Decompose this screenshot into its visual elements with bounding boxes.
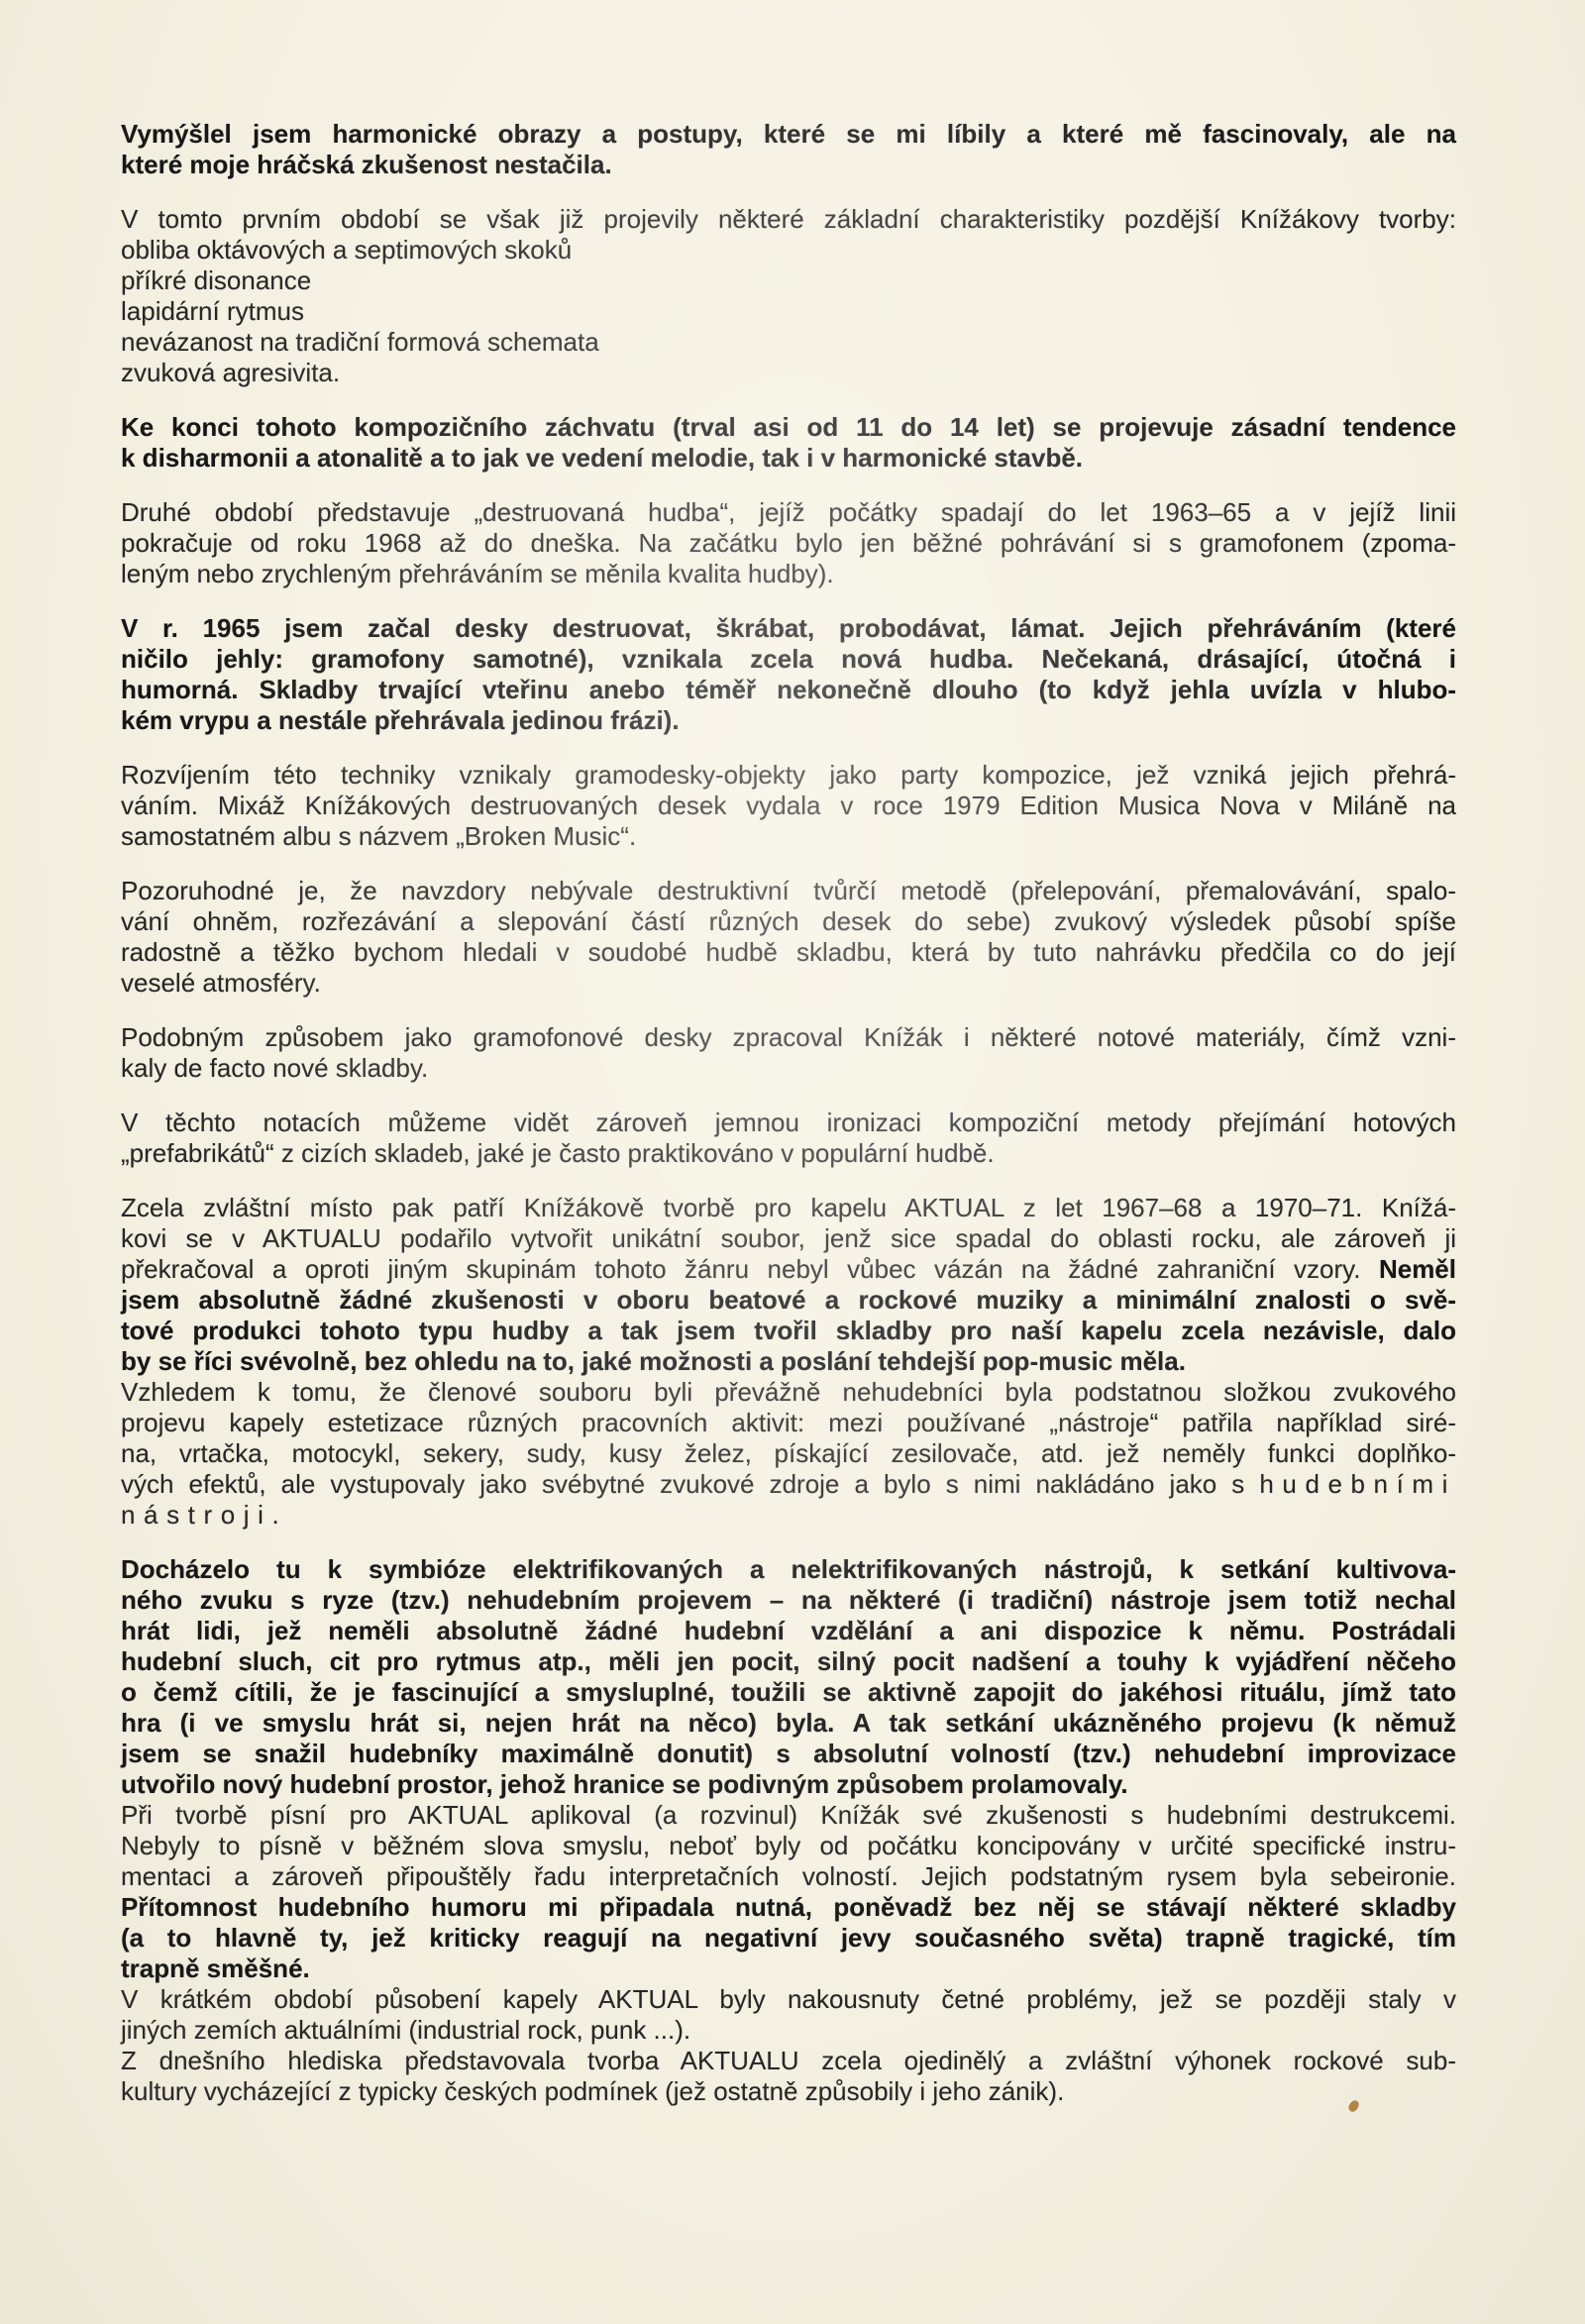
regular-text: Zcela zvláštní místo pak patří Knížákově… xyxy=(121,1193,1456,1222)
text-line: by se říci svévolně, bez ohledu na to, j… xyxy=(121,1346,1456,1377)
regular-text: Z dnešního hlediska představovala tvorba… xyxy=(121,2046,1456,2075)
bold-text: které moje hráčská zkušenost nestačila. xyxy=(121,150,612,179)
paragraph-notace: V těchto notacích můžeme vidět zároveň j… xyxy=(121,1108,1456,1169)
bold-text: o čemž cítili, že je fascinující a smysl… xyxy=(121,1677,1456,1707)
document-page: Vymýšlel jsem harmonické obrazy a postup… xyxy=(0,0,1585,2324)
text-line: tové produkci tohoto typu hudby a tak js… xyxy=(121,1316,1456,1346)
text-line: příkré disonance xyxy=(121,265,1456,296)
text-line: k disharmonii a atonalitě a to jak ve ve… xyxy=(121,443,1456,474)
regular-text: Pozoruhodné je, že navzdory nebývale des… xyxy=(121,876,1456,905)
text-line: ničilo jehly: gramofony samotné), vznika… xyxy=(121,644,1456,675)
paragraph-broken-music: Rozvíjením této techniky vznikaly gramod… xyxy=(121,760,1456,852)
regular-text: překračoval a oproti jiným skupinám toho… xyxy=(121,1254,1379,1284)
regular-text: Rozvíjením této techniky vznikaly gramod… xyxy=(121,760,1456,790)
bold-text: humorná. Skladby trvající vteřinu anebo … xyxy=(121,675,1456,704)
bold-text: tové produkci tohoto typu hudby a tak js… xyxy=(121,1316,1456,1345)
text-line: jsem absolutně žádné zkušenosti v oboru … xyxy=(121,1285,1456,1316)
regular-text: kaly de facto nové skladby. xyxy=(121,1053,428,1083)
text-line: trapně směšné. xyxy=(121,1954,1456,1984)
bold-text: hudební sluch, cit pro rytmus atp., měli… xyxy=(121,1646,1456,1676)
regular-text: nevázanost na tradiční formová schemata xyxy=(121,327,599,357)
regular-text: mentaci a zároveň připouštěly řadu inter… xyxy=(121,1861,1456,1891)
paragraph-intro-quote: Vymýšlel jsem harmonické obrazy a postup… xyxy=(121,119,1456,180)
regular-text: samostatném albu s názvem „Broken Music“… xyxy=(121,821,636,851)
text-line: Docházelo tu k symbióze elektrifikovanýc… xyxy=(121,1554,1456,1585)
bold-text: Ke konci tohoto kompozičního záchvatu (t… xyxy=(121,412,1456,442)
text-line: nevázanost na tradiční formová schemata xyxy=(121,327,1456,358)
text-line: Rozvíjením této techniky vznikaly gramod… xyxy=(121,760,1456,791)
regular-text: kultury vycházející z typicky českých po… xyxy=(121,2076,1064,2106)
text-line: radostně a těžko bychom hledali v soudob… xyxy=(121,937,1456,968)
text-line: Přítomnost hudebního humoru mi připadala… xyxy=(121,1892,1456,1923)
text-line: samostatném albu s názvem „Broken Music“… xyxy=(121,821,1456,852)
regular-text: Při tvorbě písní pro AKTUAL aplikoval (a… xyxy=(121,1800,1456,1830)
spaced-text: nástroji. xyxy=(121,1500,287,1530)
text-line: V tomto prvním období se však již projev… xyxy=(121,204,1456,235)
regular-text: Podobným způsobem jako gramofonové desky… xyxy=(121,1022,1456,1052)
text-line: vání ohněm, rozřezávání a slepování část… xyxy=(121,906,1456,937)
bold-text: hrát lidi, jež neměli absolutně žádné hu… xyxy=(121,1616,1456,1645)
spaced-text: hudebními xyxy=(1259,1469,1456,1499)
text-line: nástroji. xyxy=(121,1500,1456,1531)
text-line: humorná. Skladby trvající vteřinu anebo … xyxy=(121,675,1456,705)
text-line: zvuková agresivita. xyxy=(121,358,1456,388)
bold-text: Vymýšlel jsem harmonické obrazy a postup… xyxy=(121,119,1456,149)
paragraph-aktual: Zcela zvláštní místo pak patří Knížákově… xyxy=(121,1193,1456,1531)
text-line: Při tvorbě písní pro AKTUAL aplikoval (a… xyxy=(121,1800,1456,1831)
text-line: V těchto notacích můžeme vidět zároveň j… xyxy=(121,1108,1456,1138)
text-line: které moje hráčská zkušenost nestačila. xyxy=(121,150,1456,180)
regular-text: váním. Mixáž Knížákových destruovaných d… xyxy=(121,791,1456,820)
regular-text: jiných zemích aktuálními (industrial roc… xyxy=(121,2015,690,2045)
regular-text: na, vrtačka, motocykl, sekery, sudy, kus… xyxy=(121,1438,1456,1468)
text-line: veselé atmosféry. xyxy=(121,968,1456,999)
text-line: Nebyly to písně v běžném slova smyslu, n… xyxy=(121,1831,1456,1861)
text-line: Ke konci tohoto kompozičního záchvatu (t… xyxy=(121,412,1456,443)
text-line: Vymýšlel jsem harmonické obrazy a postup… xyxy=(121,119,1456,150)
text-line: mentaci a zároveň připouštěly řadu inter… xyxy=(121,1861,1456,1892)
regular-text: pokračuje od roku 1968 až do dneška. Na … xyxy=(121,528,1456,558)
regular-text: Nebyly to písně v běžném slova smyslu, n… xyxy=(121,1831,1456,1860)
text-line: obliba oktávových a septimových skoků xyxy=(121,235,1456,265)
regular-text: příkré disonance xyxy=(121,265,311,295)
bold-text: (a to hlavně ty, jež kriticky reagují na… xyxy=(121,1923,1456,1953)
text-line: (a to hlavně ty, jež kriticky reagují na… xyxy=(121,1923,1456,1954)
text-line: na, vrtačka, motocykl, sekery, sudy, kus… xyxy=(121,1438,1456,1469)
bold-text: Přítomnost hudebního humoru mi připadala… xyxy=(121,1892,1456,1922)
text-line: Zcela zvláštní místo pak patří Knížákově… xyxy=(121,1193,1456,1223)
text-line: „prefabrikátů“ z cizích skladeb, jaké je… xyxy=(121,1138,1456,1169)
text-line: Vzhledem k tomu, že členové souboru byli… xyxy=(121,1377,1456,1408)
text-line: kultury vycházející z typicky českých po… xyxy=(121,2076,1456,2107)
bold-text: jsem se snažil hudebníky maximálně donut… xyxy=(121,1739,1456,1768)
regular-text: V tomto prvním období se však již projev… xyxy=(121,204,1456,234)
text-line: pokračuje od roku 1968 až do dneška. Na … xyxy=(121,528,1456,559)
bold-text: jsem absolutně žádné zkušenosti v oboru … xyxy=(121,1285,1456,1315)
regular-text: vých efektů, ale vystupovaly jako svébyt… xyxy=(121,1469,1259,1499)
bold-text: trapně směšné. xyxy=(121,1954,310,1983)
paragraph-pozoruhodne: Pozoruhodné je, že navzdory nebývale des… xyxy=(121,876,1456,999)
text-line: ného zvuku s ryze (tzv.) nehudebním proj… xyxy=(121,1585,1456,1616)
paragraph-druhe-obdobi: Druhé období představuje „destruovaná hu… xyxy=(121,497,1456,589)
text-line: V krátkém období působení kapely AKTUAL … xyxy=(121,1984,1456,2015)
regular-text: V těchto notacích můžeme vidět zároveň j… xyxy=(121,1108,1456,1137)
bold-text: V r. 1965 jsem začal desky destruovat, š… xyxy=(121,613,1456,643)
paragraph-1965-quote: V r. 1965 jsem začal desky destruovat, š… xyxy=(121,613,1456,736)
bold-text: kém vrypu a nestále přehrávala jedinou f… xyxy=(121,705,680,735)
regular-text: Vzhledem k tomu, že členové souboru byli… xyxy=(121,1377,1456,1407)
text-line: projevu kapely estetizace různých pracov… xyxy=(121,1408,1456,1438)
text-line: hra (i ve smyslu hrát si, nejen hrát na … xyxy=(121,1708,1456,1739)
paragraph-notove-materialy: Podobným způsobem jako gramofonové desky… xyxy=(121,1022,1456,1084)
text-line: leným nebo zrychleným přehráváním se měn… xyxy=(121,559,1456,589)
text-line: váním. Mixáž Knížákových destruovaných d… xyxy=(121,791,1456,821)
text-line: kaly de facto nové skladby. xyxy=(121,1053,1456,1084)
bold-text: by se říci svévolně, bez ohledu na to, j… xyxy=(121,1346,1186,1376)
regular-text: zvuková agresivita. xyxy=(121,358,340,387)
text-line: jsem se snažil hudebníky maximálně donut… xyxy=(121,1739,1456,1769)
regular-text: kovi se v AKTUALU podařilo vytvořit unik… xyxy=(121,1223,1456,1253)
regular-text: obliba oktávových a septimových skoků xyxy=(121,235,572,264)
bold-text: utvořilo nový hudební prostor, jehož hra… xyxy=(121,1769,1128,1799)
text-line: utvořilo nový hudební prostor, jehož hra… xyxy=(121,1769,1456,1800)
regular-text: lapidární rytmus xyxy=(121,296,304,326)
bold-text: Docházelo tu k symbióze elektrifikovanýc… xyxy=(121,1554,1456,1584)
document-text: Vymýšlel jsem harmonické obrazy a postup… xyxy=(121,119,1456,2107)
text-line: vých efektů, ale vystupovaly jako svébyt… xyxy=(121,1469,1456,1500)
paragraph-symbioza: Docházelo tu k symbióze elektrifikovanýc… xyxy=(121,1554,1456,2107)
text-line: V r. 1965 jsem začal desky destruovat, š… xyxy=(121,613,1456,644)
text-line: Podobným způsobem jako gramofonové desky… xyxy=(121,1022,1456,1053)
regular-text: „prefabrikátů“ z cizích skladeb, jaké je… xyxy=(121,1138,995,1168)
regular-text: radostně a těžko bychom hledali v soudob… xyxy=(121,937,1456,967)
text-line: kém vrypu a nestále přehrávala jedinou f… xyxy=(121,705,1456,736)
text-line: Pozoruhodné je, že navzdory nebývale des… xyxy=(121,876,1456,906)
regular-text: veselé atmosféry. xyxy=(121,968,321,998)
bold-text: k disharmonii a atonalitě a to jak ve ve… xyxy=(121,443,1083,473)
paragraph-ke-konci: Ke konci tohoto kompozičního záchvatu (t… xyxy=(121,412,1456,474)
text-line: hudební sluch, cit pro rytmus atp., měli… xyxy=(121,1646,1456,1677)
text-line: lapidární rytmus xyxy=(121,296,1456,327)
regular-text: vání ohněm, rozřezávání a slepování část… xyxy=(121,906,1456,936)
text-line: hrát lidi, jež neměli absolutně žádné hu… xyxy=(121,1616,1456,1646)
text-line: Z dnešního hlediska představovala tvorba… xyxy=(121,2046,1456,2076)
text-line: o čemž cítili, že je fascinující a smysl… xyxy=(121,1677,1456,1708)
text-line: kovi se v AKTUALU podařilo vytvořit unik… xyxy=(121,1223,1456,1254)
text-line: překračoval a oproti jiným skupinám toho… xyxy=(121,1254,1456,1285)
bold-text: Neměl xyxy=(1379,1254,1456,1284)
regular-text: Druhé období představuje „destruovaná hu… xyxy=(121,497,1456,527)
regular-text: leným nebo zrychleným přehráváním se měn… xyxy=(121,559,834,588)
bold-text: hra (i ve smyslu hrát si, nejen hrát na … xyxy=(121,1708,1456,1738)
bold-text: ničilo jehly: gramofony samotné), vznika… xyxy=(121,644,1456,674)
text-line: jiných zemích aktuálními (industrial roc… xyxy=(121,2015,1456,2046)
regular-text: V krátkém období působení kapely AKTUAL … xyxy=(121,1984,1456,2014)
regular-text: projevu kapely estetizace různých pracov… xyxy=(121,1408,1456,1437)
paragraph-first-period-characteristics: V tomto prvním období se však již projev… xyxy=(121,204,1456,388)
text-line: Druhé období představuje „destruovaná hu… xyxy=(121,497,1456,528)
bold-text: ného zvuku s ryze (tzv.) nehudebním proj… xyxy=(121,1585,1456,1615)
